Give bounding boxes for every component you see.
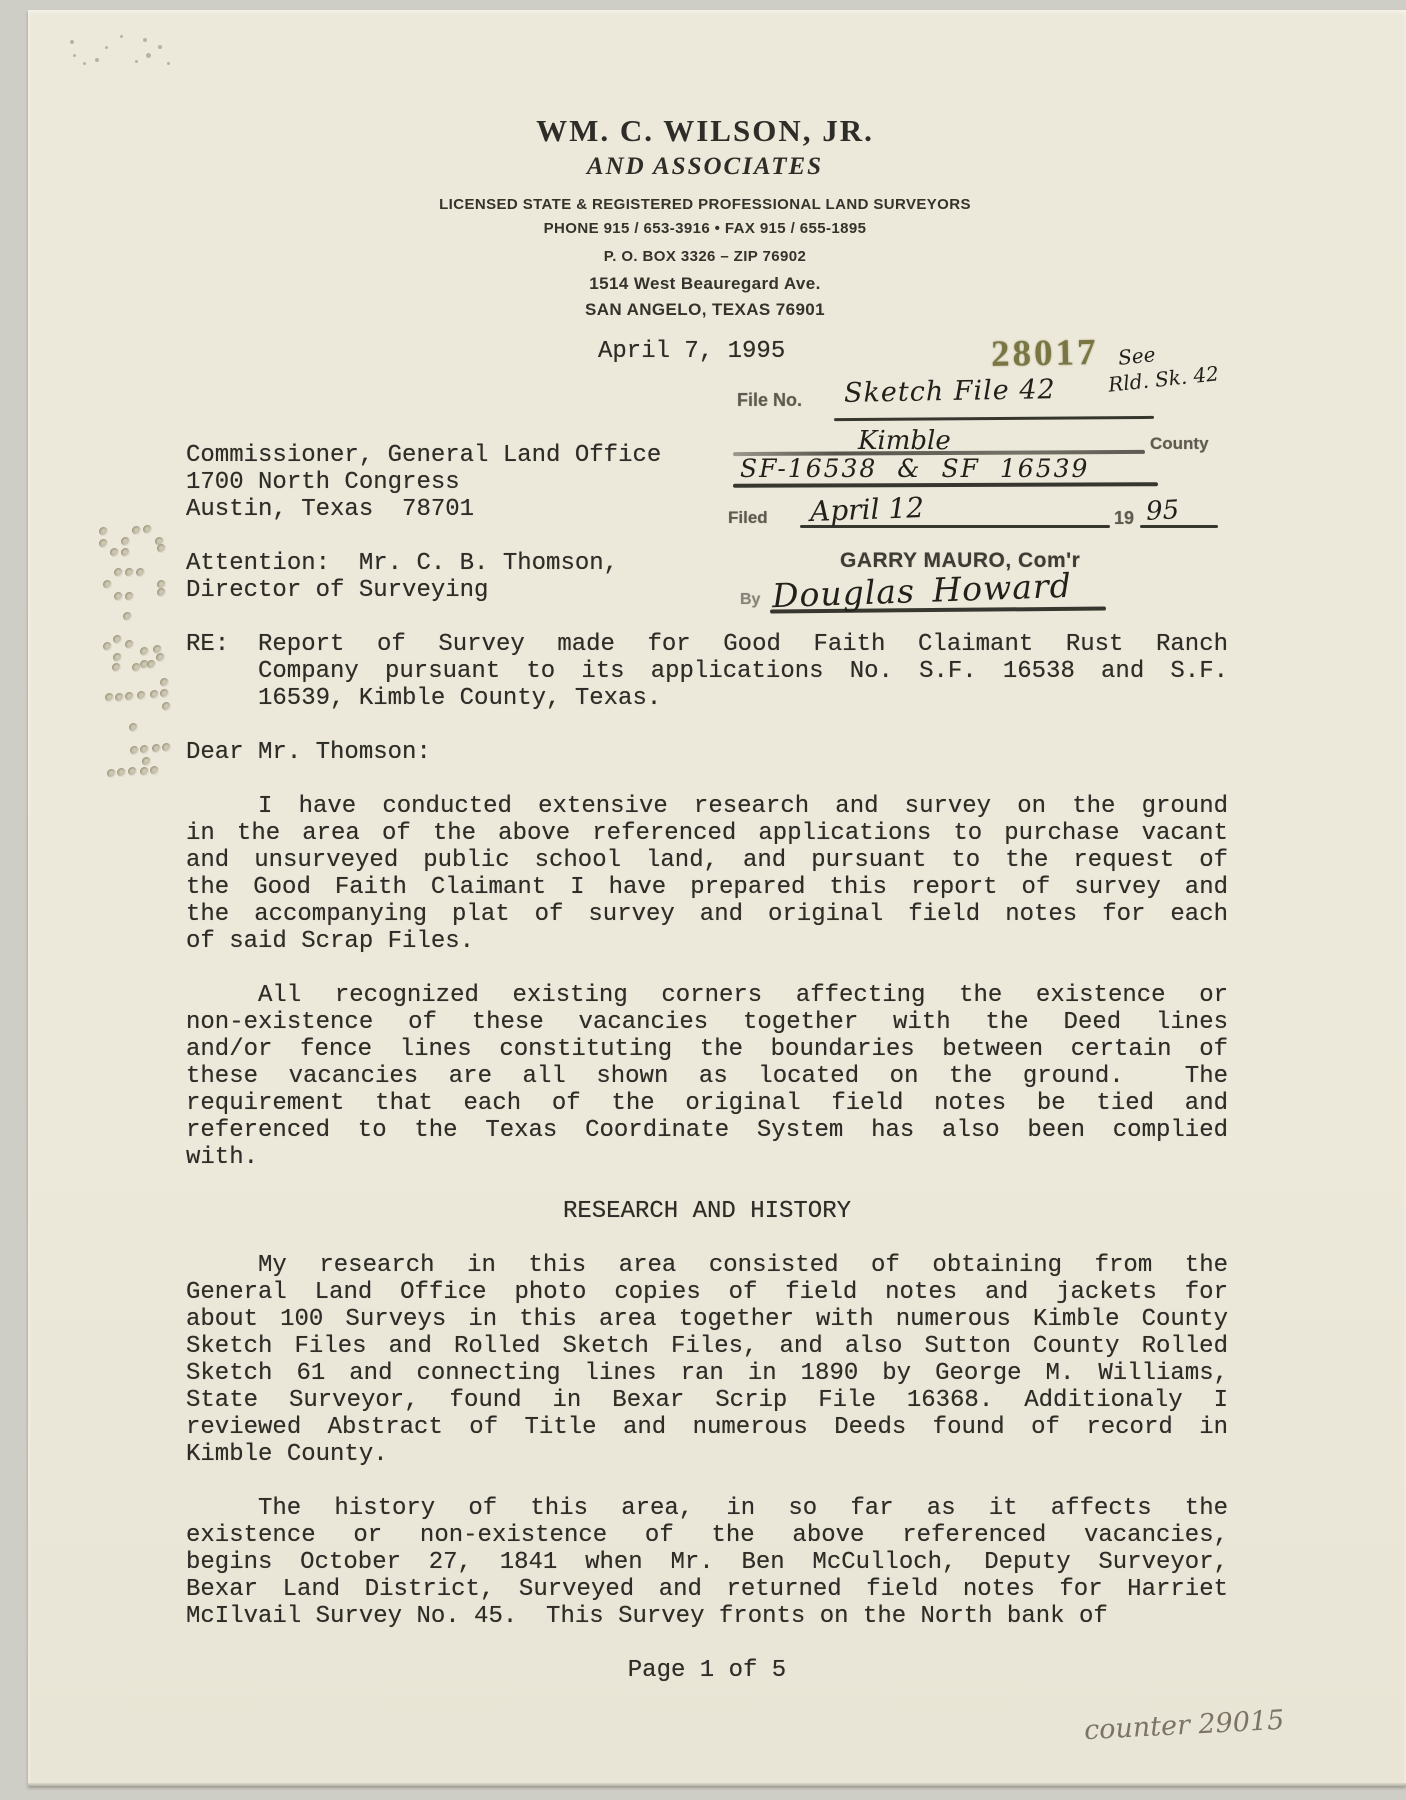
year-rule (1140, 525, 1218, 528)
text-line: with. (186, 1144, 1228, 1171)
text-line: existence or non-existence of the above … (186, 1522, 1228, 1549)
company-name: WM. C. WILSON, JR. (16, 113, 1394, 149)
perforation-dot (129, 723, 138, 732)
perforation-dot (117, 768, 126, 777)
perforation-dot (115, 693, 124, 702)
text-line: Report of Survey made for Good Faith Cla… (258, 631, 1228, 658)
text-line: Sketch 61 and connecting lines ran in 18… (186, 1360, 1228, 1387)
text-line: non-existence of these vacancies togethe… (186, 1009, 1228, 1036)
paragraph-1: I have conducted extensive research and … (186, 793, 1228, 955)
company-subname: AND ASSOCIATES (16, 153, 1394, 181)
perforation-dot (156, 653, 165, 662)
text-line: Sketch Files and Rolled Sketch Files, an… (186, 1333, 1228, 1360)
perforation-dot (147, 660, 156, 669)
perforation-dot (103, 580, 112, 589)
ink-speck (143, 38, 147, 42)
text-line: the accompanying plat of survey and orig… (186, 901, 1228, 928)
see-note-line1: See (1117, 342, 1157, 370)
filed-rule (800, 525, 1110, 528)
perforation-dot (125, 592, 134, 601)
perforation-dot (125, 692, 134, 701)
pencil-counter-note: counter 29015 (1083, 1705, 1285, 1746)
paper-sheet: WM. C. WILSON, JR. AND ASSOCIATES LICENS… (28, 10, 1406, 1786)
text-line: All recognized existing corners affectin… (186, 982, 1228, 1009)
ink-speck (167, 62, 170, 65)
phone-fax-line: PHONE 915 / 653-3916 • FAX 915 / 655-189… (16, 220, 1394, 237)
perforation-dot (152, 744, 161, 753)
perforation-dot (103, 642, 112, 651)
city-state-line: SAN ANGELO, TEXAS 76901 (16, 300, 1394, 320)
license-line: LICENSED STATE & REGISTERED PROFESSIONAL… (16, 196, 1394, 213)
perforation-dot (160, 689, 169, 698)
text-line: Kimble County. (186, 1441, 1228, 1468)
perforation-dot (157, 588, 166, 597)
text-line: General Land Office photo copies of fiel… (186, 1279, 1228, 1306)
perforation-dot (157, 544, 166, 553)
text-line: the Good Faith Claimant I have prepared … (186, 874, 1228, 901)
by-label-stamp: By (740, 591, 760, 609)
perforation-dot (107, 769, 116, 778)
paragraph-3: My research in this area consisted of ob… (186, 1252, 1228, 1468)
text-line: requirement that each of the original fi… (186, 1090, 1228, 1117)
perforation-dot (113, 653, 122, 662)
perforation-dot (123, 612, 132, 621)
text-line: State Surveyor, found in Bexar Scrip Fil… (186, 1387, 1228, 1414)
ink-speck (83, 62, 86, 65)
ink-speck (73, 54, 76, 57)
text-line: of said Scrap Files. (186, 928, 1228, 955)
text-line: and/or fence lines constituting the boun… (186, 1036, 1228, 1063)
text-line: I have conducted extensive research and … (186, 793, 1228, 820)
ink-speck (120, 35, 123, 38)
re-text: Report of Survey made for Good Faith Cla… (258, 631, 1228, 712)
perforation-dot (130, 746, 139, 755)
perforation-dot (162, 702, 171, 711)
section-heading: RESEARCH AND HISTORY (186, 1198, 1228, 1225)
text-line: The history of this area, in so far as i… (186, 1495, 1228, 1522)
ink-speck (135, 60, 138, 63)
perforation-dot (137, 691, 146, 700)
po-box-line: P. O. BOX 3326 – ZIP 76902 (16, 248, 1394, 265)
perforation-dot (132, 663, 141, 672)
perforation-dot (136, 568, 145, 577)
perforation-dot (140, 745, 149, 754)
text-line: about 100 Surveys in this area together … (186, 1306, 1228, 1333)
text-line: McIlvail Survey No. 45. This Survey fron… (186, 1603, 1228, 1630)
perforation-dot (114, 592, 123, 601)
perforation-dot (114, 568, 123, 577)
street-address-line: 1514 West Beauregard Ave. (16, 274, 1394, 294)
paragraph-2: All recognized existing corners affectin… (186, 982, 1228, 1171)
ink-speck (95, 58, 99, 62)
perforation-dot (113, 635, 122, 644)
text-line: Bexar Land District, Surveyed and return… (186, 1576, 1228, 1603)
ink-speck (105, 46, 108, 49)
perforation-dot (140, 647, 149, 656)
file-no-label-stamp: File No. (737, 390, 802, 411)
file-no-handwritten-value: Sketch File 42 (844, 374, 1056, 409)
text-line: reviewed Abstract of Title and numerous … (186, 1414, 1228, 1441)
salutation: Dear Mr. Thomson: (186, 739, 1228, 766)
sf-numbers-handwritten: SF-16538 & SF 16539 (740, 454, 1089, 483)
scanned-letter-page: WM. C. WILSON, JR. AND ASSOCIATES LICENS… (0, 0, 1406, 1800)
ink-speck (70, 40, 74, 44)
perforation-dot (110, 548, 119, 557)
filed-label-stamp: Filed (728, 508, 768, 528)
re-block: RE: Report of Survey made for Good Faith… (186, 631, 1228, 712)
file-no-rule (834, 416, 1154, 421)
text-line: and unsurveyed public school land, and p… (186, 847, 1228, 874)
perforation-dot (125, 568, 134, 577)
ink-speck (158, 45, 162, 49)
perforation-dot (150, 766, 159, 775)
county-label-stamp: County (1150, 434, 1209, 454)
text-line: My research in this area consisted of ob… (186, 1252, 1228, 1279)
perforation-dot (132, 526, 141, 535)
ink-speck (146, 53, 151, 58)
filed-date-handwritten: April 12 (809, 491, 924, 528)
re-label: RE: (186, 631, 258, 712)
text-line: in the area of the above referenced appl… (186, 820, 1228, 847)
perforation-dot (105, 693, 114, 702)
perforation-dot (143, 525, 152, 534)
perforation-dot (121, 537, 130, 546)
paragraph-4: The history of this area, in so far as i… (186, 1495, 1228, 1630)
year-prefix-stamp: 19 (1114, 508, 1134, 529)
perforation-dot (162, 743, 171, 752)
perforation-dot (140, 767, 149, 776)
perforation-dot (99, 539, 108, 548)
date-line: April 7, 1995 (598, 338, 785, 365)
text-line: referenced to the Texas Coordinate Syste… (186, 1117, 1228, 1144)
text-line: begins October 27, 1841 when Mr. Ben McC… (186, 1549, 1228, 1576)
perforation-dot (160, 678, 169, 687)
text-line: Company pursuant to its applications No.… (258, 658, 1228, 685)
page-number: Page 1 of 5 (186, 1657, 1228, 1684)
perforation-dot (150, 690, 159, 699)
perforation-dot (128, 767, 137, 776)
glo-number-stamp: 28017 (991, 331, 1099, 376)
text-line: these vacancies are all shown as located… (186, 1063, 1228, 1090)
perforation-dot (99, 527, 108, 536)
perforation-dot (121, 548, 130, 557)
perforation-dot (125, 640, 134, 649)
perforation-dot (142, 757, 151, 766)
perforation-dot (112, 663, 121, 672)
year-handwritten: 95 (1145, 495, 1180, 527)
text-line: 16539, Kimble County, Texas. (258, 685, 1228, 712)
text-line: Austin, Texas 78701 (186, 496, 1228, 523)
